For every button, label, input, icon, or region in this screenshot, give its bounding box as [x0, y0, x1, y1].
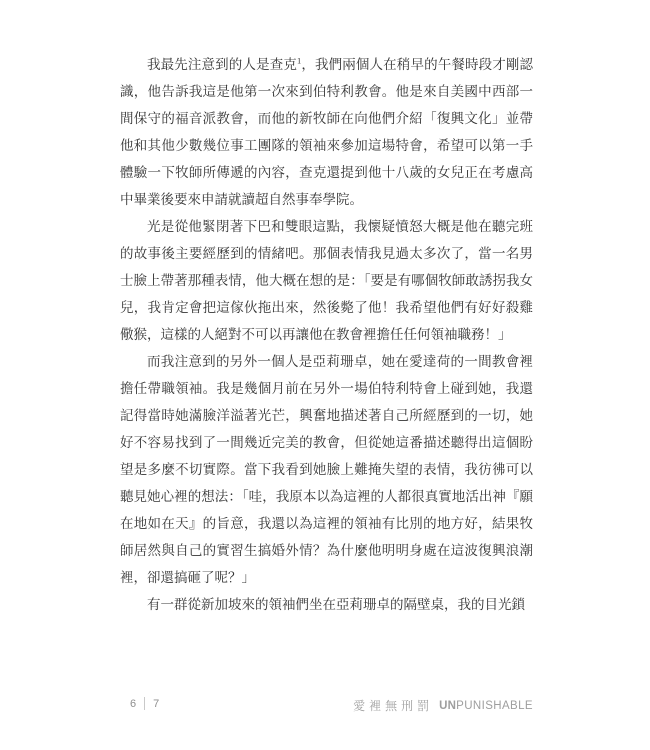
book-title-english-logo-light: PUNISHABLE: [456, 700, 533, 712]
paragraph-1-text-after-note: ，我們兩個人在稍早的午餐時段才剛認識，他告訴我這是他第一次來到伯特利教會。他是來…: [120, 57, 533, 207]
page-footer: 6 7 愛裡無刑罰 UNPUNISHABLE: [0, 697, 650, 717]
book-title-english-logo-bold: UN: [439, 700, 456, 712]
paragraph-1: 我最先注意到的人是查克1，我們兩個人在稍早的午餐時段才剛認識，他告訴我這是他第一…: [120, 51, 533, 213]
book-page: 我最先注意到的人是查克1，我們兩個人在稍早的午餐時段才剛認識，他告訴我這是他第一…: [0, 0, 650, 750]
page-number-divider: [144, 697, 145, 710]
paragraph-3: 而我注意到的另外一個人是亞莉珊卓，她在愛達荷的一間教會裡擔任帶職領袖。我是幾個月…: [120, 348, 533, 591]
page-number-left: 6: [130, 698, 136, 710]
page-numbers: 6 7: [130, 697, 159, 710]
paragraph-4: 有一群從新加坡來的領袖們坐在亞莉珊卓的隔壁桌，我的目光鎖: [120, 591, 533, 618]
paragraph-1-text-before-note: 我最先注意到的人是查克: [147, 57, 297, 72]
paragraph-2: 光是從他緊閉著下巴和雙眼這點，我懷疑憤怒大概是他在聽完班的故事後主要經歷到的情緒…: [120, 213, 533, 348]
body-text: 我最先注意到的人是查克1，我們兩個人在稍早的午餐時段才剛認識，他告訴我這是他第一…: [120, 51, 533, 618]
running-footer-book-title: 愛裡無刑罰 UNPUNISHABLE: [353, 697, 533, 714]
book-title-chinese: 愛裡無刑罰: [353, 697, 433, 714]
page-number-right: 7: [153, 698, 159, 710]
